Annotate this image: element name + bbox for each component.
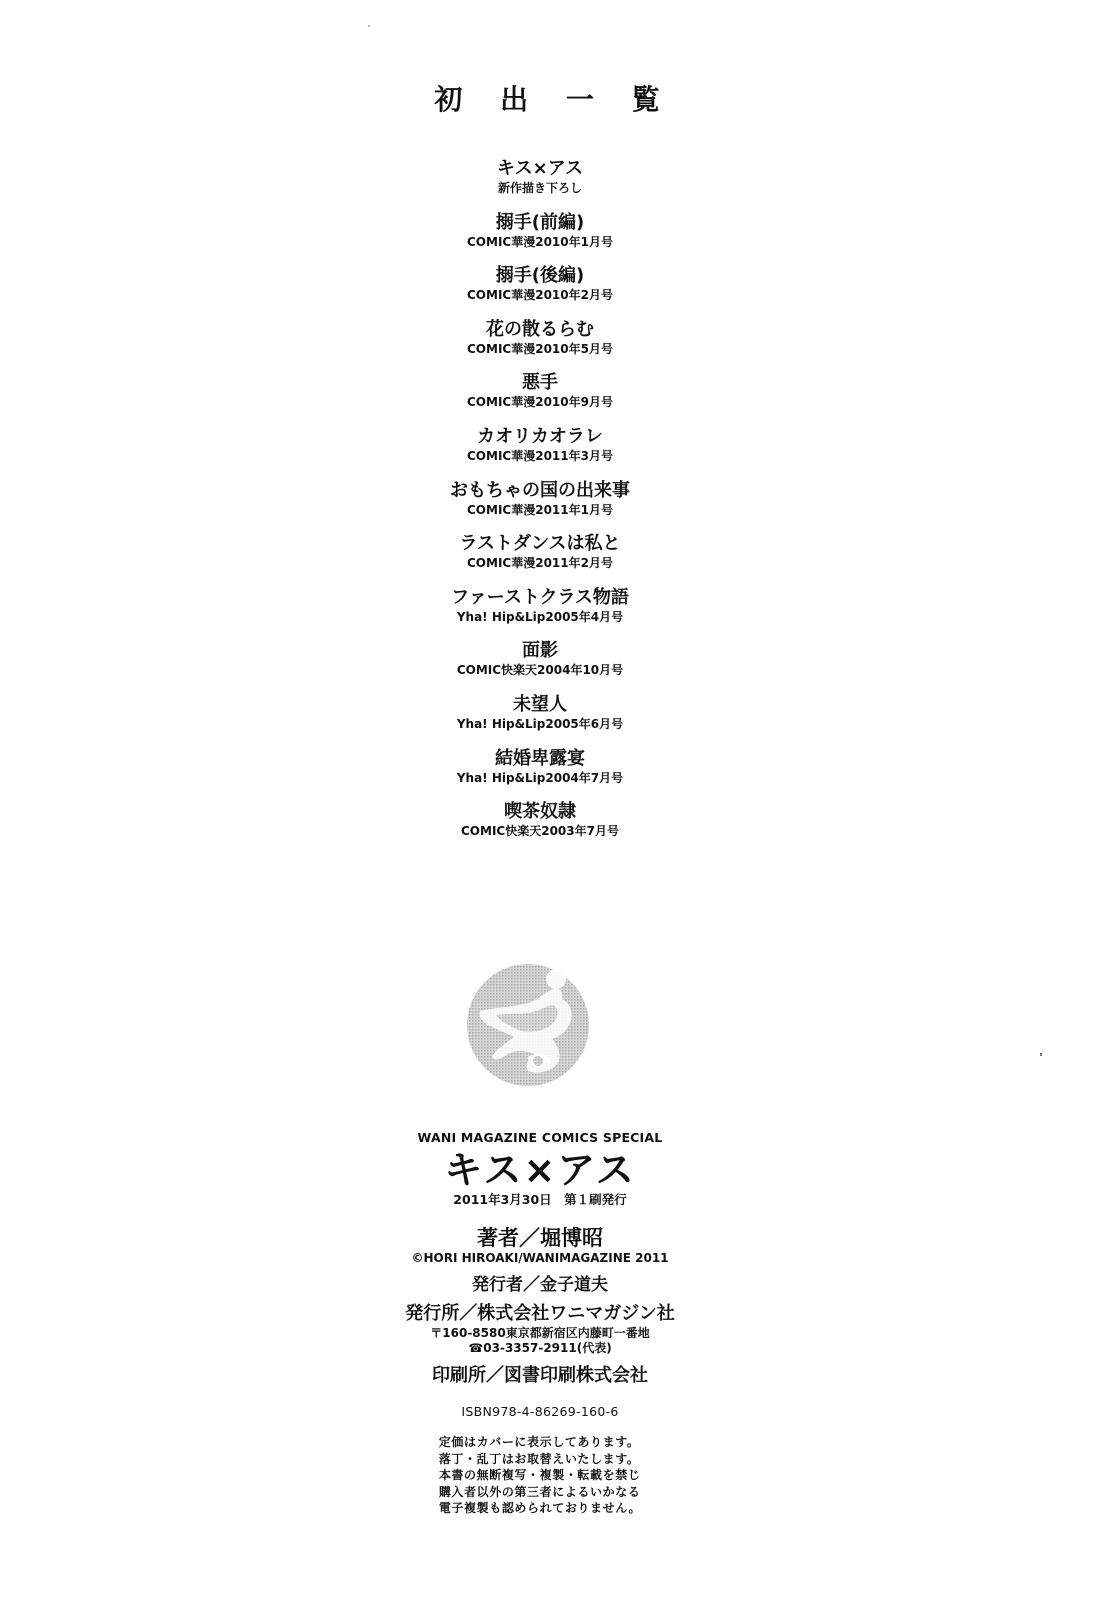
list-item: 搦手(前編) COMIC華漫2010年1月号: [0, 212, 1080, 266]
story-title: 未望人: [0, 694, 1080, 716]
story-source: COMIC華漫2011年3月号: [0, 449, 1080, 463]
story-source: COMIC華漫2010年2月号: [0, 288, 1080, 302]
legal-notice: 定価はカバーに表示してあります。 落丁・乱丁はお取替えいたします。 本書の無断複…: [439, 1434, 641, 1517]
list-item: カオリカオラレ COMIC華漫2011年3月号: [0, 426, 1080, 480]
list-item: ラストダンスは私と COMIC華漫2011年2月号: [0, 533, 1080, 587]
story-source: COMIC華漫2010年5月号: [0, 342, 1080, 356]
story-title: カオリカオラレ: [0, 426, 1080, 448]
notice-line: 購入者以外の第三者によるいかなる: [439, 1484, 641, 1501]
story-title: 花の散るらむ: [0, 319, 1080, 341]
author-credit: 著者／堀博昭: [0, 1225, 1080, 1251]
list-item: おもちゃの国の出来事 COMIC華漫2011年1月号: [0, 480, 1080, 534]
publisher-phone: ☎03-3357-2911(代表): [0, 1341, 1080, 1356]
notice-line: 電子複製も認められておりません。: [439, 1500, 641, 1517]
list-item: 面影 COMIC快楽天2004年10月号: [0, 640, 1080, 694]
story-source: COMIC華漫2011年2月号: [0, 556, 1080, 570]
story-source: COMIC華漫2011年1月号: [0, 503, 1080, 517]
list-item: ファーストクラス物語 Yha! Hip&Lip2005年4月号: [0, 587, 1080, 641]
story-source: COMIC快楽天2003年7月号: [0, 824, 1080, 838]
story-source: COMIC快楽天2004年10月号: [0, 663, 1080, 677]
story-title: 搦手(前編): [0, 212, 1080, 234]
story-title: キス×アス: [0, 158, 1080, 180]
first-appearance-list: キス×アス 新作描き下ろし 搦手(前編) COMIC華漫2010年1月号 搦手(…: [0, 158, 1080, 855]
isbn: ISBN978-4-86269-160-6: [0, 1404, 1080, 1420]
list-item: 花の散るらむ COMIC華漫2010年5月号: [0, 319, 1080, 373]
list-item: 喫茶奴隷 COMIC快楽天2003年7月号: [0, 801, 1080, 855]
notice-line: 本書の無断複写・複製・転載を禁じ: [439, 1467, 641, 1484]
page-title: 初 出 一 覧: [0, 82, 1094, 118]
story-source: 新作描き下ろし: [0, 181, 1080, 195]
story-source: Yha! Hip&Lip2004年7月号: [0, 771, 1080, 785]
list-item: 悪手 COMIC華漫2010年9月号: [0, 372, 1080, 426]
publisher-address: 〒160-8580東京都新宿区内藤町一番地: [0, 1326, 1080, 1341]
story-title: 面影: [0, 640, 1080, 662]
story-title: ラストダンスは私と: [0, 533, 1080, 555]
scan-speck: [1040, 1053, 1042, 1056]
book-title: キス×アス: [0, 1148, 1080, 1192]
publisher-company: 発行所／株式会社ワニマガジン社: [0, 1302, 1080, 1326]
series-label: WANI MAGAZINE COMICS SPECIAL: [0, 1130, 1080, 1146]
publisher-person: 発行者／金子道夫: [0, 1274, 1080, 1296]
story-title: おもちゃの国の出来事: [0, 480, 1080, 502]
notice-line: 落丁・乱丁はお取替えいたします。: [439, 1451, 641, 1468]
scan-speck: [368, 25, 370, 27]
copyright-notice: ©HORI HIROAKI/WANIMAGAZINE 2011: [0, 1251, 1080, 1265]
notice-line: 定価はカバーに表示してあります。: [439, 1434, 641, 1451]
list-item: 未望人 Yha! Hip&Lip2005年6月号: [0, 694, 1080, 748]
list-item: 搦手(後編) COMIC華漫2010年2月号: [0, 265, 1080, 319]
story-source: Yha! Hip&Lip2005年6月号: [0, 717, 1080, 731]
story-title: 悪手: [0, 372, 1080, 394]
crocodile-emblem-icon: [466, 963, 590, 1087]
story-title: ファーストクラス物語: [0, 587, 1080, 609]
story-title: 結婚卑露宴: [0, 748, 1080, 770]
printer-credit: 印刷所／図書印刷株式会社: [0, 1364, 1080, 1388]
colophon: WANI MAGAZINE COMICS SPECIAL キス×アス 2011年…: [0, 1130, 1080, 1517]
list-item: キス×アス 新作描き下ろし: [0, 158, 1080, 212]
story-source: COMIC華漫2010年9月号: [0, 395, 1080, 409]
print-date: 2011年3月30日 第１刷発行: [0, 1192, 1080, 1208]
story-title: 喫茶奴隷: [0, 801, 1080, 823]
story-source: Yha! Hip&Lip2005年4月号: [0, 610, 1080, 624]
story-source: COMIC華漫2010年1月号: [0, 235, 1080, 249]
story-title: 搦手(後編): [0, 265, 1080, 287]
list-item: 結婚卑露宴 Yha! Hip&Lip2004年7月号: [0, 748, 1080, 802]
